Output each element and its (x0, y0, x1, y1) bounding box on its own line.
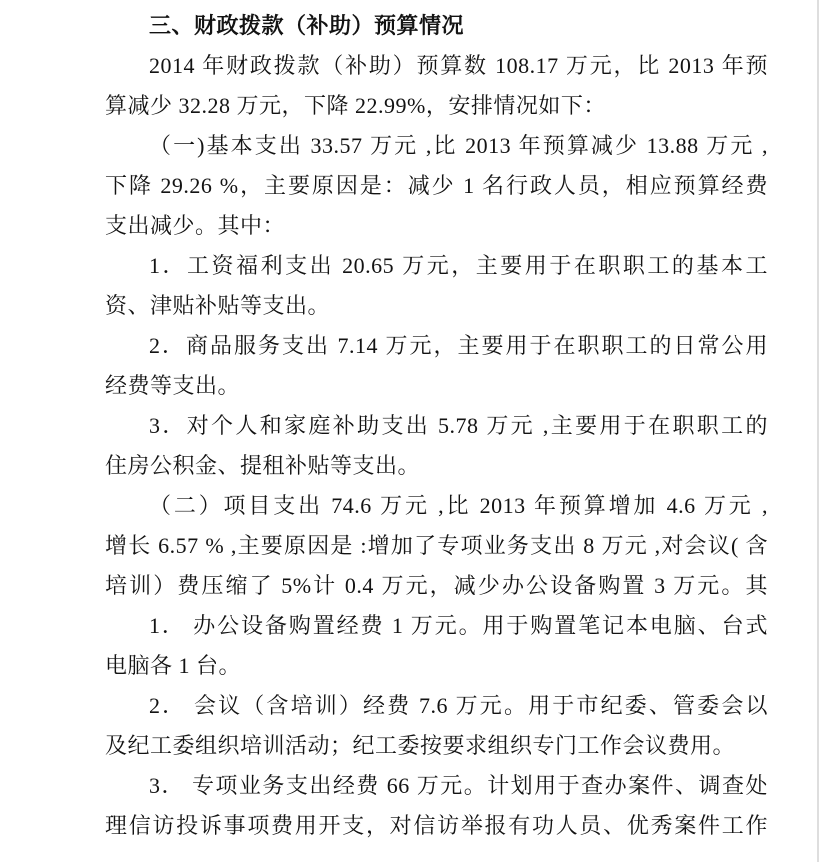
text-line: 1． 办公设备购置经费 1 万元。用于购置笔记本电脑、台式 (105, 606, 768, 646)
section-heading: 三、财政拨款（补助）预算情况 (105, 6, 768, 46)
text-line: 2． 会议（含培训）经费 7.6 万元。用于市纪委、管委会以 (105, 686, 768, 726)
text-line: 增长 6.57 % ,主要原因是 :增加了专项业务支出 8 万元 ,对会议( 含 (105, 526, 768, 566)
text-line: 算减少 32.28 万元，下降 22.99%，安排情况如下： (105, 86, 768, 126)
text-line: 支出减少。其中： (105, 206, 768, 246)
text-line: 3．对个人和家庭补助支出 5.78 万元 ,主要用于在职职工的 (105, 406, 768, 446)
document-page: 三、财政拨款（补助）预算情况2014 年财政拨款（补助）预算数 108.17 万… (0, 0, 819, 862)
text-line: 下降 29.26 %，主要原因是：减少 1 名行政人员，相应预算经费 (105, 166, 768, 206)
document-body: 三、财政拨款（补助）预算情况2014 年财政拨款（补助）预算数 108.17 万… (105, 6, 768, 846)
text-line: 经费等支出。 (105, 366, 768, 406)
text-line: 资、津贴补贴等支出。 (105, 286, 768, 326)
text-line: 电脑各 1 台。 (105, 646, 768, 686)
text-line: 2014 年财政拨款（补助）预算数 108.17 万元，比 2013 年预 (105, 46, 768, 86)
text-line: （一)基本支出 33.57 万元 ,比 2013 年预算减少 13.88 万元 … (105, 126, 768, 166)
text-line: 1．工资福利支出 20.65 万元，主要用于在职职工的基本工 (105, 246, 768, 286)
text-line: 2．商品服务支出 7.14 万元，主要用于在职职工的日常公用 (105, 326, 768, 366)
text-line: 住房公积金、提租补贴等支出。 (105, 446, 768, 486)
text-line: 3． 专项业务支出经费 66 万元。计划用于查办案件、调查处 (105, 766, 768, 806)
text-line: 培训）费压缩了 5%计 0.4 万元，减少办公设备购置 3 万元。其中： (105, 566, 768, 606)
text-line: （二）项目支出 74.6 万元 ,比 2013 年预算增加 4.6 万元 , (105, 486, 768, 526)
text-line: 及纪工委组织培训活动；纪工委按要求组织专门工作会议费用。 (105, 726, 768, 766)
text-line: 理信访投诉事项费用开支，对信访举报有功人员、优秀案件工作 (105, 806, 768, 846)
